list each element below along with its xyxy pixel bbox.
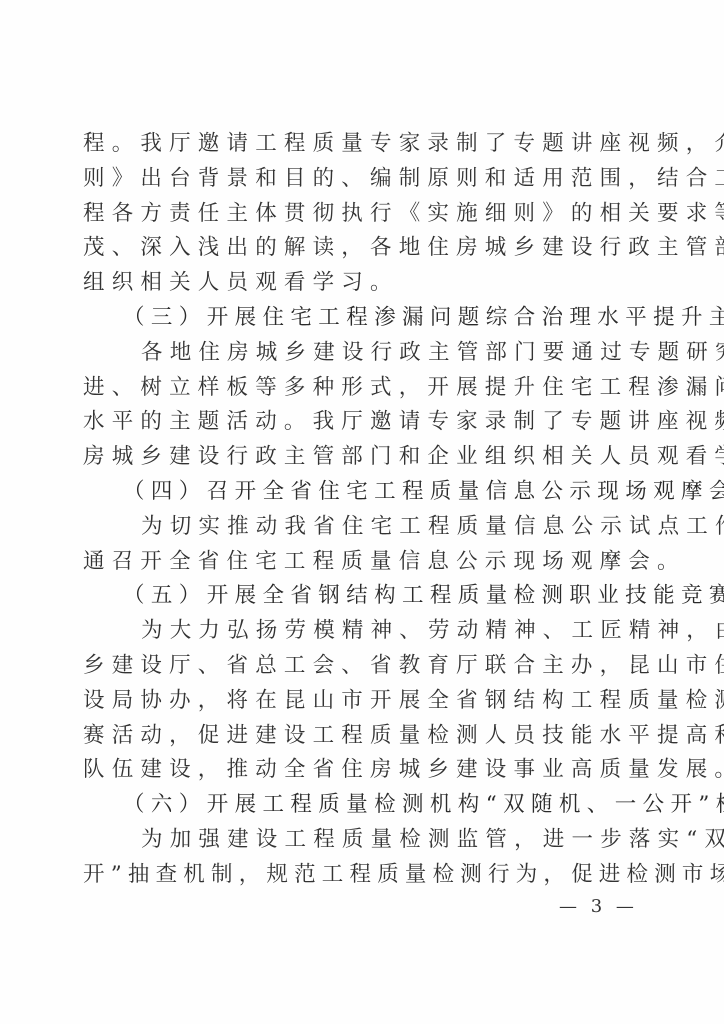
paragraph-line: 为加强建设工程质量检测监管，进一步落实“双随机、一公 bbox=[83, 823, 639, 858]
paragraph-line: 队伍建设，推动全省住房城乡建设事业高质量发展。 bbox=[83, 753, 639, 788]
section-heading-6: （六）开展工程质量检测机构“双随机、一公开”检查工作 bbox=[83, 788, 639, 823]
paragraph-line: 通召开全省住宅工程质量信息公示现场观摩会。 bbox=[83, 545, 639, 580]
paragraph-line: 赛活动，促进建设工程质量检测人员技能水平提高和高技能人才 bbox=[83, 719, 639, 754]
paragraph-line: 为切实推动我省住宅工程质量信息公示试点工作，计划在南 bbox=[83, 510, 639, 545]
paragraph-line: 进、树立样板等多种形式，开展提升住宅工程渗漏问题综合治理 bbox=[83, 371, 639, 406]
paragraph-line: 设局协办，将在昆山市开展全省钢结构工程质量检测职业技能竞 bbox=[83, 684, 639, 719]
section-heading-3: （三）开展住宅工程渗漏问题综合治理水平提升主题活动 bbox=[83, 301, 639, 336]
paragraph-line: 程各方责任主体贯彻执行《实施细则》的相关要求等进行图文并 bbox=[83, 197, 639, 232]
paragraph-line: 水平的主题活动。我厅邀请专家录制了专题讲座视频，请各地住 bbox=[83, 405, 639, 440]
paragraph-line: 开”抽查机制，规范工程质量检测行为，促进检测市场健康发展， bbox=[83, 858, 639, 893]
paragraph-line: 房城乡建设行政主管部门和企业组织相关人员观看学习。 bbox=[83, 440, 639, 475]
section-heading-4: （四）召开全省住宅工程质量信息公示现场观摩会 bbox=[83, 475, 639, 510]
section-heading-5: （五）开展全省钢结构工程质量检测职业技能竞赛活动 bbox=[83, 579, 639, 614]
paragraph-line: 组织相关人员观看学习。 bbox=[83, 266, 639, 301]
paragraph-line: 程。我厅邀请工程质量专家录制了专题讲座视频，介绍《实施细 bbox=[83, 127, 639, 162]
document-body: 程。我厅邀请工程质量专家录制了专题讲座视频，介绍《实施细 则》出台背景和目的、编… bbox=[83, 127, 639, 893]
page-number: — 3 — bbox=[559, 896, 638, 917]
document-page: 程。我厅邀请工程质量专家录制了专题讲座视频，介绍《实施细 则》出台背景和目的、编… bbox=[0, 0, 724, 1024]
paragraph-line: 则》出台背景和目的、编制原则和适用范围，结合工程案例对工 bbox=[83, 162, 639, 197]
paragraph-line: 各地住房城乡建设行政主管部门要通过专题研究、试点推 bbox=[83, 336, 639, 371]
paragraph-line: 茂、深入浅出的解读，各地住房城乡建设行政主管部门和企业要 bbox=[83, 231, 639, 266]
paragraph-line: 乡建设厅、省总工会、省教育厅联合主办，昆山市住房和城乡建 bbox=[83, 649, 639, 684]
paragraph-line: 为大力弘扬劳模精神、劳动精神、工匠精神，由省住房和城 bbox=[83, 614, 639, 649]
